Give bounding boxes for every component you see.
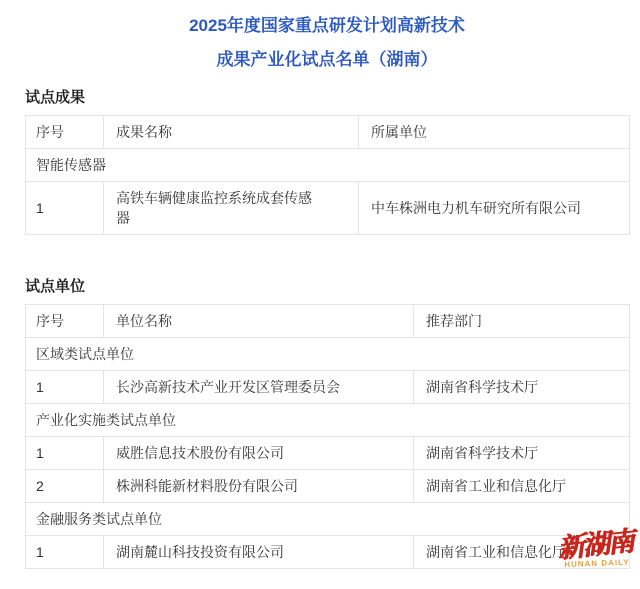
column-header: 成果名称 [104, 116, 359, 149]
column-header: 推荐部门 [414, 305, 630, 338]
section: 试点成果 序号成果名称所属单位 智能传感器1高铁车辆健康监控系统成套传感器中车株… [25, 90, 629, 235]
title-line-1: 2025年度国家重点研发计划高新技术 [25, 17, 629, 34]
group-row: 金融服务类试点单位 [26, 503, 630, 536]
table-row: 1威胜信息技术股份有限公司湖南省科学技术厅 [26, 437, 630, 470]
serial-cell: 2 [26, 470, 104, 503]
title-line-2: 成果产业化试点名单（湖南） [25, 51, 629, 68]
org-cell: 湖南省科学技术厅 [414, 437, 630, 470]
group-row: 产业化实施类试点单位 [26, 404, 630, 437]
table-row: 1高铁车辆健康监控系统成套传感器中车株洲电力机车研究所有限公司 [26, 182, 630, 235]
org-cell: 湖南省工业和信息化厅 [414, 536, 630, 569]
name-cell: 威胜信息技术股份有限公司 [104, 437, 414, 470]
article-page: 2025年度国家重点研发计划高新技术 成果产业化试点名单（湖南） 试点成果 序号… [0, 0, 640, 569]
page-title: 2025年度国家重点研发计划高新技术 成果产业化试点名单（湖南） [25, 17, 629, 68]
serial-cell: 1 [26, 371, 104, 404]
column-header: 单位名称 [104, 305, 414, 338]
name-cell: 高铁车辆健康监控系统成套传感器 [104, 182, 359, 235]
group-label: 金融服务类试点单位 [26, 503, 630, 536]
column-header: 序号 [26, 116, 104, 149]
table-row: 1湖南麓山科技投资有限公司湖南省工业和信息化厅 [26, 536, 630, 569]
column-header: 所属单位 [359, 116, 630, 149]
serial-cell: 1 [26, 437, 104, 470]
section: 试点单位 序号单位名称推荐部门 区域类试点单位1长沙高新技术产业开发区管理委员会… [25, 279, 629, 569]
header-row: 序号成果名称所属单位 [26, 116, 630, 149]
data-table: 序号成果名称所属单位 智能传感器1高铁车辆健康监控系统成套传感器中车株洲电力机车… [25, 115, 630, 235]
sections-container: 试点成果 序号成果名称所属单位 智能传感器1高铁车辆健康监控系统成套传感器中车株… [25, 90, 629, 569]
group-label: 产业化实施类试点单位 [26, 404, 630, 437]
table-row: 2株洲科能新材料股份有限公司湖南省工业和信息化厅 [26, 470, 630, 503]
name-cell: 湖南麓山科技投资有限公司 [104, 536, 414, 569]
table-row: 1长沙高新技术产业开发区管理委员会湖南省科学技术厅 [26, 371, 630, 404]
name-cell: 株洲科能新材料股份有限公司 [104, 470, 414, 503]
org-cell: 中车株洲电力机车研究所有限公司 [359, 182, 630, 235]
name-cell: 长沙高新技术产业开发区管理委员会 [104, 371, 414, 404]
section-heading: 试点单位 [25, 279, 629, 295]
serial-cell: 1 [26, 182, 104, 235]
org-cell: 湖南省科学技术厅 [414, 371, 630, 404]
group-row: 智能传感器 [26, 149, 630, 182]
org-cell: 湖南省工业和信息化厅 [414, 470, 630, 503]
group-label: 区域类试点单位 [26, 338, 630, 371]
header-row: 序号单位名称推荐部门 [26, 305, 630, 338]
serial-cell: 1 [26, 536, 104, 569]
group-row: 区域类试点单位 [26, 338, 630, 371]
group-label: 智能传感器 [26, 149, 630, 182]
section-heading: 试点成果 [25, 90, 629, 106]
data-table: 序号单位名称推荐部门 区域类试点单位1长沙高新技术产业开发区管理委员会湖南省科学… [25, 304, 630, 569]
column-header: 序号 [26, 305, 104, 338]
